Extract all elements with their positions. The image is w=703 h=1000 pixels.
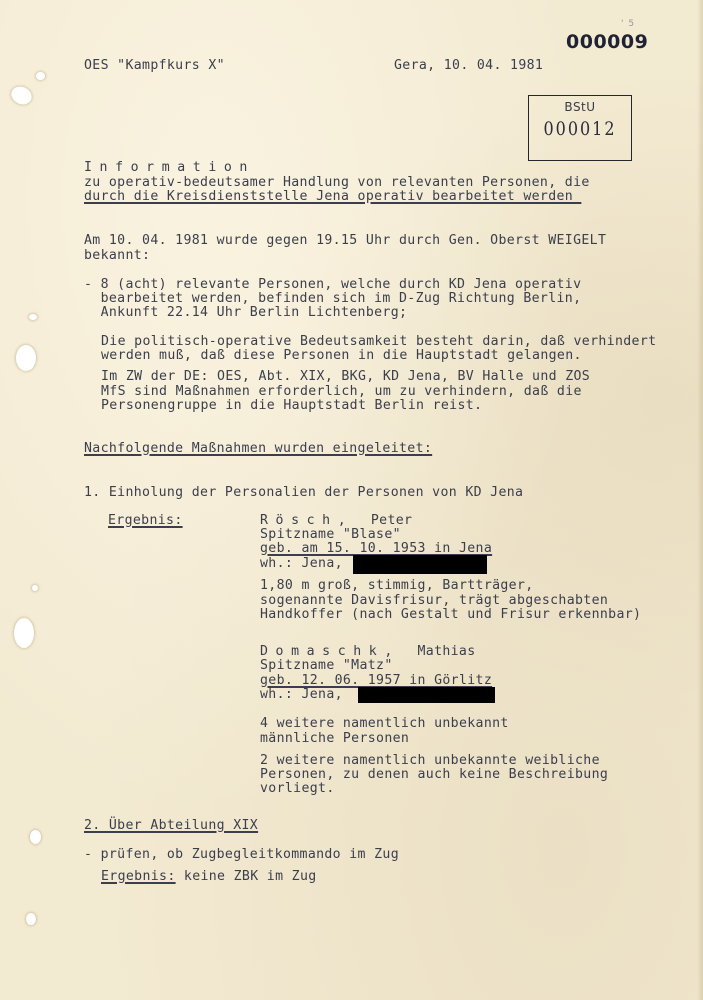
person-1-description-line-3: Handkoffer (nach Gestalt und Frisur erke… xyxy=(260,607,641,622)
others-female-line-3: vorliegt. xyxy=(260,781,335,796)
person-2-given-name: , Mathias xyxy=(384,644,475,659)
measure-1-title: 1. Einholung der Personalien der Persone… xyxy=(84,485,523,500)
person-1-residence: wh.: Jena, xyxy=(260,556,343,571)
person-2-nickname: Spitzname "Matz" xyxy=(260,658,393,673)
others-male-line-1: 4 weitere namentlich unbekannt xyxy=(260,716,509,731)
cooperation-line-1: Im ZW der DE: OES, Abt. XIX, BKG, KD Jen… xyxy=(101,369,590,384)
punch-hole xyxy=(26,913,36,925)
punch-hole xyxy=(29,314,37,320)
punch-hole xyxy=(30,830,41,844)
person-1-description-line-2: sogenannte Davisfrisur, trägt abgeschabt… xyxy=(260,593,608,608)
measure-2-result-label: Ergebnis: xyxy=(101,869,176,884)
title-line-2: durch die Kreisdienststelle Jena operati… xyxy=(84,189,581,204)
intro-line-2: bekannt: xyxy=(84,248,150,263)
person-1-birth: geb. am 15. 10. 1953 in Jena xyxy=(260,541,492,556)
archive-stamp-label: BStU xyxy=(529,100,631,114)
person-1-nickname: Spitzname "Blase" xyxy=(260,527,401,542)
others-female-line-2: Personen, zu denen auch keine Beschreibu… xyxy=(260,767,608,782)
punch-hole xyxy=(36,72,45,80)
others-female-line-1: 2 weitere namentlich unbekannte weiblich… xyxy=(260,753,600,768)
cooperation-line-2: MfS sind Maßnahmen erforderlich, um zu v… xyxy=(101,384,582,399)
paper-edge xyxy=(697,0,703,1000)
measure-1-result-label: Ergebnis: xyxy=(108,513,183,528)
significance-line-2: werden muß, daß diese Personen in die Ha… xyxy=(101,348,582,363)
measures-heading: Nachfolgende Maßnahmen wurden eingeleite… xyxy=(84,441,432,456)
measure-2-title: 2. Über Abteilung XIX xyxy=(84,818,258,833)
document-page: ꞌ 5 000009 BStU 000012 OES "Kampfkurs X"… xyxy=(0,0,703,1000)
significance-line-1: Die politisch-operative Bedeutsamkeit be… xyxy=(101,334,656,349)
pencil-annotation: ꞌ 5 xyxy=(621,19,635,29)
bullet-1-line-3: Ankunft 22.14 Uhr Berlin Lichtenberg; xyxy=(84,305,407,320)
measure-2-task: - prüfen, ob Zugbegleitkommando im Zug xyxy=(84,847,399,862)
person-1-name-line: Rösch, Peter xyxy=(260,513,412,528)
person-2-residence: wh.: Jena, xyxy=(260,687,343,702)
person-1-surname: Rösch xyxy=(260,513,338,528)
punch-hole xyxy=(8,83,34,107)
redaction-bar xyxy=(353,555,487,574)
page-number-stamp: 000009 xyxy=(566,31,648,53)
others-male-line-2: männliche Personen xyxy=(260,731,409,746)
redaction-bar xyxy=(358,687,495,703)
cooperation-line-3: Personengruppe in die Hauptstadt Berlin … xyxy=(101,398,482,413)
bullet-1-line-2: bearbeitet werden, befinden sich im D-Zu… xyxy=(84,291,581,306)
person-2-surname: Domaschk xyxy=(260,644,384,659)
archive-stamp-number: 000012 xyxy=(529,118,631,140)
punch-hole xyxy=(14,618,34,648)
punch-hole xyxy=(32,585,38,591)
archive-stamp: BStU 000012 xyxy=(528,95,632,161)
person-1-description-line-1: 1,80 m groß, stimmig, Bartträger, xyxy=(260,578,534,593)
document-heading: Information xyxy=(84,160,255,175)
punch-hole xyxy=(16,345,36,371)
bullet-1-line-1: - 8 (acht) relevante Personen, welche du… xyxy=(84,277,581,292)
place-date: Gera, 10. 04. 1981 xyxy=(394,58,543,73)
person-1-given-name: , Peter xyxy=(338,513,413,528)
intro-line-1: Am 10. 04. 1981 wurde gegen 19.15 Uhr du… xyxy=(84,233,606,248)
person-2-birth: geb. 12. 06. 1957 in Görlitz xyxy=(260,673,492,688)
person-2-name-line: Domaschk, Mathias xyxy=(260,644,476,659)
title-line-1: zu operativ-bedeutsamer Handlung von rel… xyxy=(84,175,590,190)
measure-2-result-value: keine ZBK im Zug xyxy=(176,869,317,884)
measure-2-result: Ergebnis: keine ZBK im Zug xyxy=(101,869,317,884)
sender-line: OES "Kampfkurs X" xyxy=(84,58,225,73)
